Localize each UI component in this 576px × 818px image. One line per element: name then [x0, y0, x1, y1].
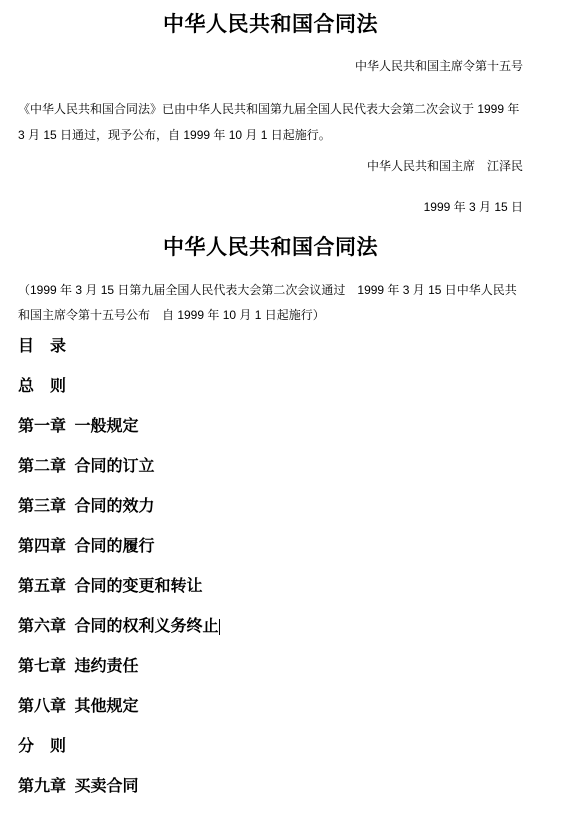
president-signature-line: 中华人民共和国主席 江泽民	[18, 158, 523, 175]
toc-item-label: 第九章 买卖合同	[18, 778, 138, 795]
toc-item-label: 分 则	[18, 738, 66, 755]
toc-item-label: 第一章 一般规定	[18, 418, 138, 435]
toc-item-chapter-1: 第一章 一般规定	[18, 418, 523, 435]
toc-item-chapter-4: 第四章 合同的履行	[18, 538, 523, 555]
toc-item-chapter-2: 第二章 合同的订立	[18, 458, 523, 475]
toc-heading: 目 录	[18, 338, 523, 355]
text-cursor	[219, 619, 220, 635]
toc-item-specific-provisions-part: 分 则	[18, 738, 523, 755]
toc-item-chapter-8: 第八章 其他规定	[18, 698, 523, 715]
toc-item-label: 第八章 其他规定	[18, 698, 138, 715]
promulgation-paragraph: 《中华人民共和国合同法》已由中华人民共和国第九届全国人民代表大会第二次会议于 1…	[18, 96, 523, 148]
toc-item-label: 第二章 合同的订立	[18, 458, 154, 475]
document-page[interactable]: 中华人民共和国合同法 中华人民共和国主席令第十五号 《中华人民共和国合同法》已由…	[0, 0, 576, 818]
toc-item-chapter-9: 第九章 买卖合同	[18, 778, 523, 795]
toc-item-label: 第六章 合同的权利义务终止	[18, 618, 218, 635]
passage-note: （1999 年 3 月 15 日第九届全国人民代表大会第二次会议通过 1999 …	[18, 278, 523, 328]
document-title: 中华人民共和国合同法	[18, 10, 523, 40]
toc-item-label: 第四章 合同的履行	[18, 538, 154, 555]
signature-date-line: 1999 年 3 月 15 日	[18, 199, 523, 216]
toc-item-chapter-5: 第五章 合同的变更和转让	[18, 578, 523, 595]
toc-item-label: 第三章 合同的效力	[18, 498, 154, 515]
law-title: 中华人民共和国合同法	[18, 233, 523, 263]
toc-item-chapter-3: 第三章 合同的效力	[18, 498, 523, 515]
decree-number-line: 中华人民共和国主席令第十五号	[18, 58, 523, 75]
toc-item-label: 第五章 合同的变更和转让	[18, 578, 202, 595]
toc-item-chapter-6: 第六章 合同的权利义务终止	[18, 618, 523, 635]
toc-item-label: 总 则	[18, 378, 66, 395]
toc-item-chapter-7: 第七章 违约责任	[18, 658, 523, 675]
toc-item-general-provisions-part: 总 则	[18, 378, 523, 395]
toc-item-label: 第七章 违约责任	[18, 658, 138, 675]
